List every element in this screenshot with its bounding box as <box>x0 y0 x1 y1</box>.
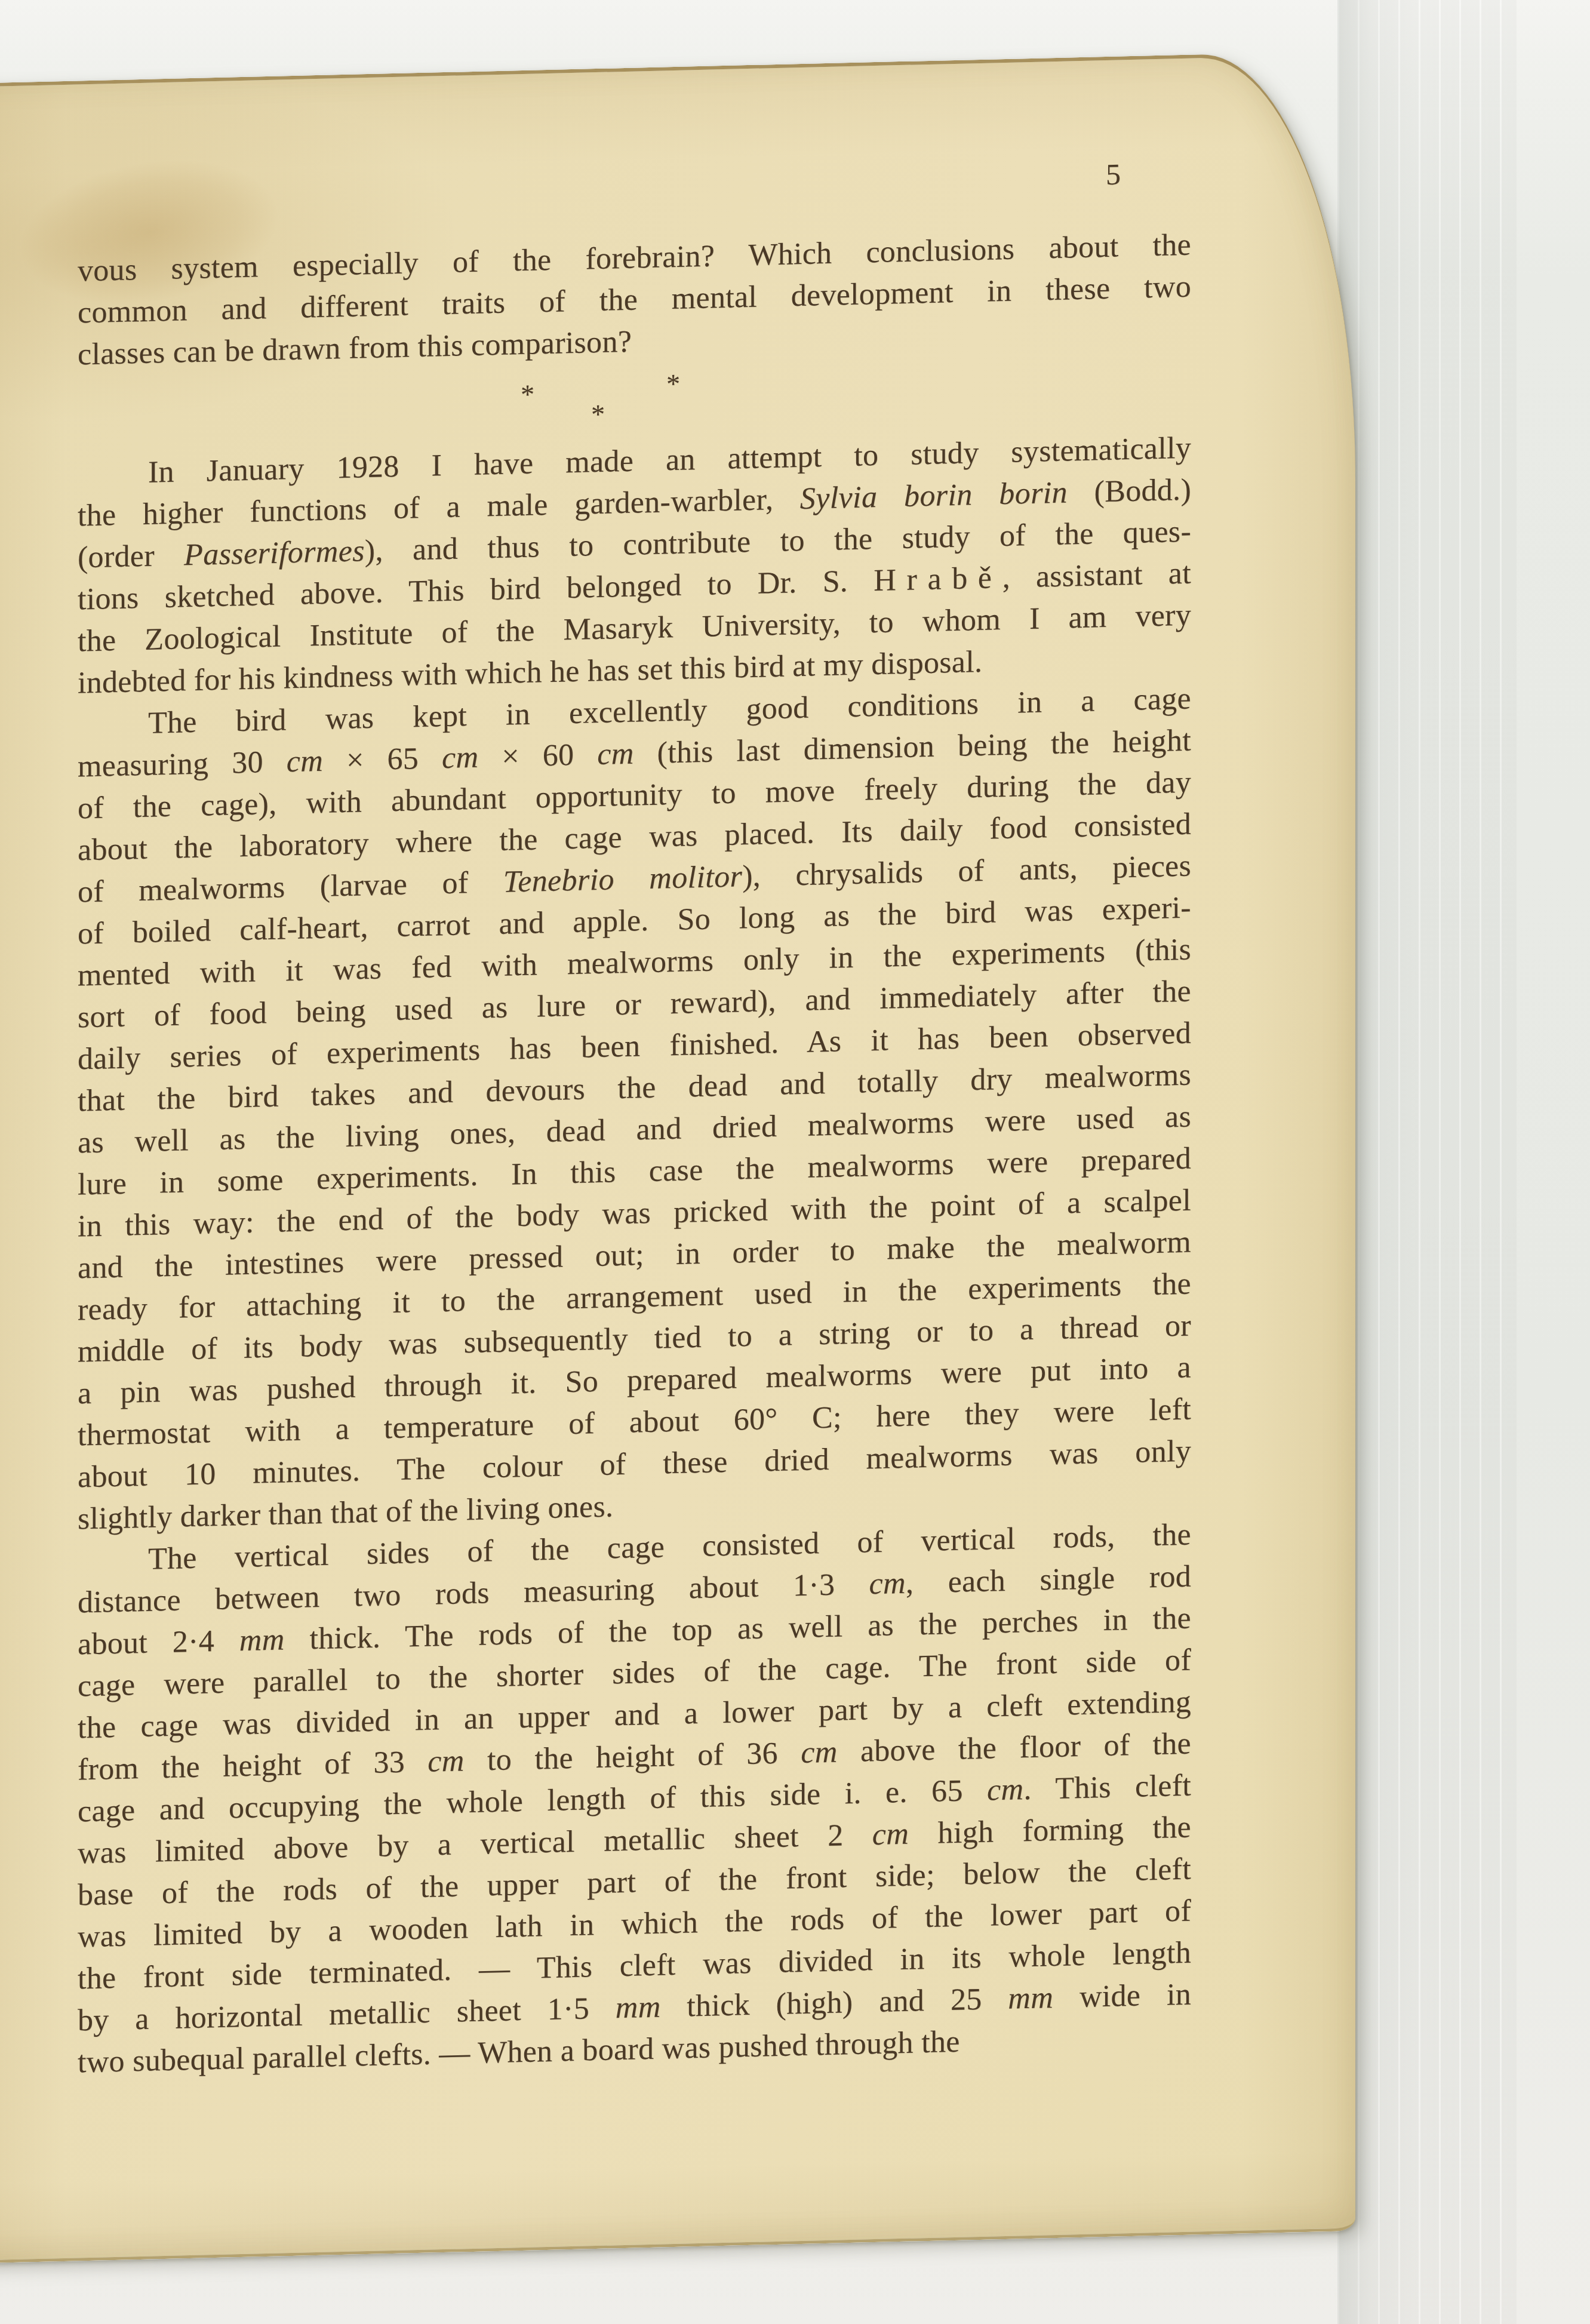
asterisk-icon: * <box>521 380 534 408</box>
paragraph: In January 1928 I have made an attempt t… <box>78 428 1191 705</box>
asterisk-icon: * <box>666 370 680 398</box>
book-fore-edge <box>1337 0 1517 2324</box>
paragraph: The bird was kept in excellently good co… <box>78 678 1191 1541</box>
page-number: 5 <box>1106 153 1121 195</box>
scan-background: { "page": { "number": "5", "separator": … <box>0 0 1590 2324</box>
text-block: 5 vous system especially of the forebrai… <box>78 225 1191 2084</box>
paragraph: The vertical sides of the cage consisted… <box>78 1514 1191 2084</box>
page: 5 vous system especially of the forebrai… <box>0 51 1355 2264</box>
paragraph-group-main: In January 1928 I have made an attempt t… <box>78 428 1191 2084</box>
asterisk-icon: * <box>591 401 605 429</box>
